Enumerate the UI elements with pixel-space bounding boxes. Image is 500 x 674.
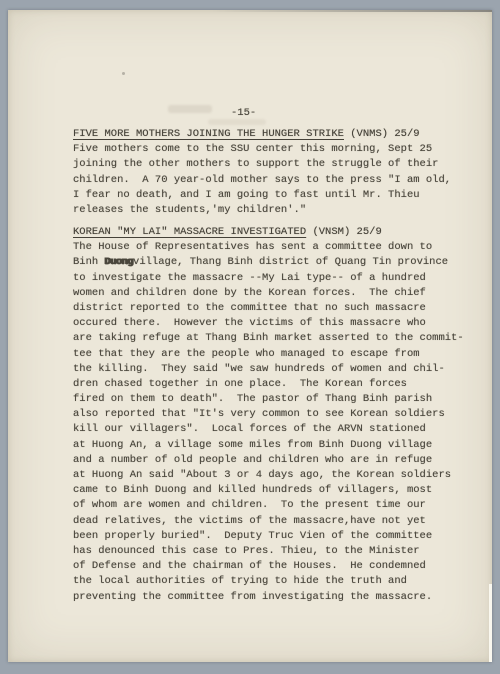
body-line: are taking refuge at Thang Binh market a… [73,331,464,346]
scan-background: { "page": { "number": "-15-", "colors": … [0,0,500,674]
body-line: I fear no death, and I am going to fast … [73,188,451,203]
body-line: dead relatives, the victims of the massa… [73,514,464,529]
paper-smudge [168,105,212,113]
article-hunger-strike: FIVE MORE MOTHERS JOINING THE HUNGER STR… [73,127,451,218]
paper-speck [122,72,125,75]
body-line: occured there. However the victims of th… [73,316,464,331]
article-headline: KOREAN "MY LAI" MASSACRE INVESTIGATED (V… [73,225,464,240]
body-line: tee that they are the people who managed… [73,347,464,362]
body-line: also reported that "It's very common to … [73,407,464,422]
body-line: at Huong An, a village some miles from B… [73,438,464,453]
body-line: releases the students,'my children'." [73,203,451,218]
body-line: of whom are women and children. To the p… [73,498,464,513]
body-line: Five mothers come to the SSU center this… [73,142,451,157]
headline-text: KOREAN "MY LAI" MASSACRE INVESTIGATED [73,226,306,238]
body-line: and a number of old people and children … [73,453,464,468]
body-line: at Huong An said "About 3 or 4 days ago,… [73,468,464,483]
body-line: district reported to the committee that … [73,301,464,316]
document-page: -15- FIVE MORE MOTHERS JOINING THE HUNGE… [8,10,492,662]
overstrike-pre: Binh [73,256,105,268]
body-line: came to Binh Duong and killed hundreds o… [73,483,464,498]
article-headline: FIVE MORE MOTHERS JOINING THE HUNGER STR… [73,127,451,142]
article-my-lai-massacre: KOREAN "MY LAI" MASSACRE INVESTIGATED (V… [73,225,464,605]
body-line: the killing. They said "we saw hundreds … [73,362,464,377]
body-line: children. A 70 year-old mother says to t… [73,173,451,188]
body-line: kill our villagers". Local forces of the… [73,422,464,437]
paper-right-edge-highlight [489,584,492,662]
body-line: of Defense and the chairman of the House… [73,559,464,574]
body-line: has denounced this case to Pres. Thieu, … [73,544,464,559]
overstruck-word: Duong [105,256,134,268]
body-line: the local authorities of trying to hide … [73,574,464,589]
body-line: The House of Representatives has sent a … [73,240,464,255]
page-number: -15- [231,106,256,121]
body-line: women and children done by the Korean fo… [73,286,464,301]
headline-text: FIVE MORE MOTHERS JOINING THE HUNGER STR… [73,128,344,140]
body-line: dren chased together in one place. The K… [73,377,464,392]
paper-top-edge-shadow [211,10,492,12]
body-line: fired on them to death". The pastor of T… [73,392,464,407]
body-line: been properly buried". Deputy Truc Vien … [73,529,464,544]
headline-dateline: (VNSM) 25/9 [306,226,382,238]
body-line: preventing the committee from investigat… [73,590,464,605]
headline-dateline: (VNMS) 25/9 [344,128,420,140]
body-line-overstruck: Binh Duongvillage, Thang Binh district o… [73,255,464,270]
overstrike-post: village, Thang Binh district of Quang Ti… [133,256,448,268]
body-line: to investigate the massacre --My Lai typ… [73,271,464,286]
body-line: joining the other mothers to support the… [73,157,451,172]
